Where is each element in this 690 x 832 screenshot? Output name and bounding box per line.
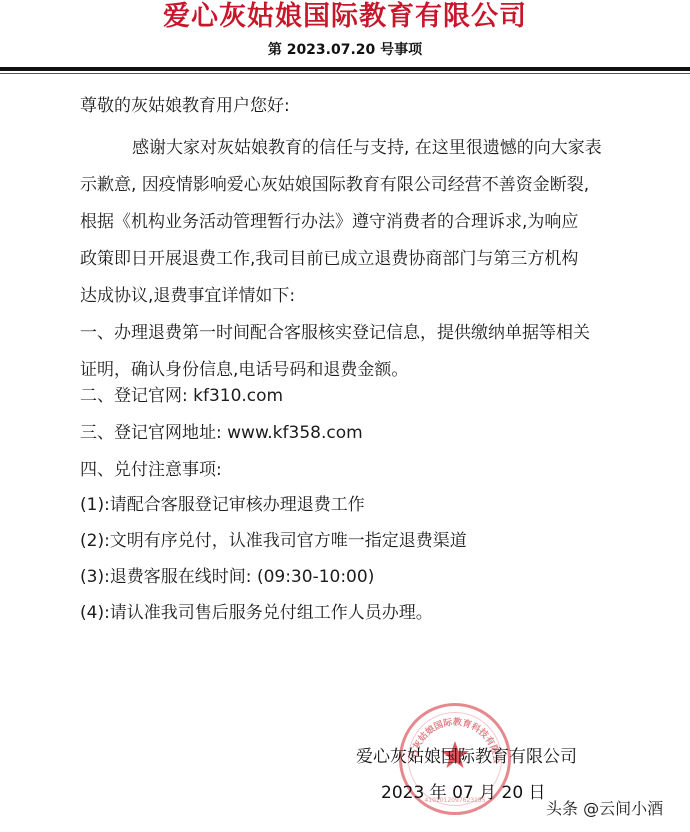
header-divider-thick [0, 67, 690, 71]
item-1-line: 证明，确认身份信息,电话号码和退费金额。 [80, 358, 408, 382]
paragraph-line: 示歉意, 因疫情影响爱心灰姑娘国际教育有限公司经营不善资金断裂, [80, 173, 589, 197]
watermark: 头条 @云间小酒 [546, 799, 663, 819]
note-2: (2):文明有序兑付，认准我司官方唯一指定退费渠道 [80, 529, 467, 553]
item-2-registration-site: 二、登记官网: kf310.com [80, 384, 283, 408]
item-3-registration-address: 三、登记官网地址: www.kf358.com [80, 421, 363, 445]
item-1-line: 一、办理退费第一时间配合客服核实登记信息，提供缴纳单据等相关 [80, 321, 590, 345]
document-number: 第 2023.07.20 号事项 [0, 40, 690, 60]
signature-company: 爱心灰姑娘国际教育有限公司 [356, 746, 577, 768]
header-divider-thin [0, 73, 690, 74]
paragraph-line: 根据《机构业务活动管理暂行办法》遵守消费者的合理诉求,为响应 [80, 210, 578, 234]
note-1: (1):请配合客服登记审核办理退费工作 [80, 493, 365, 517]
paragraph-line: 感谢大家对灰姑娘教育的信任与支持, 在这里很遗憾的向大家表 [132, 136, 602, 160]
signature-date: 2023 年 07 月 20 日 [381, 782, 546, 804]
salutation: 尊敬的灰姑娘教育用户您好: [80, 94, 290, 118]
note-4: (4):请认准我司售后服务兑付组工作人员办理。 [80, 601, 433, 625]
note-3: (3):退费客服在线时间: (09:30-10:00) [80, 565, 374, 589]
paragraph-line: 达成协议,退费事宜详情如下: [80, 284, 295, 308]
item-4-payout-notes-heading: 四、兑付注意事项: [80, 458, 222, 482]
paragraph-line: 政策即日开展退费工作,我司目前已成立退费协商部门与第三方机构 [80, 247, 578, 271]
company-title: 爱心灰姑娘国际教育有限公司 [0, 0, 690, 34]
